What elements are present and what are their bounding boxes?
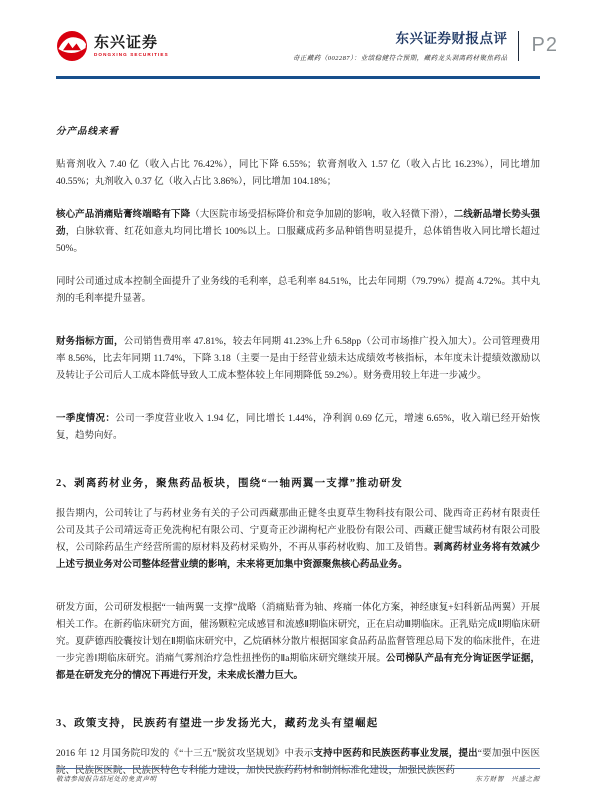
page-number: P2 — [519, 34, 558, 57]
section-heading: 3、政策支持，民族药有望进一步发扬光大，藏药龙头有望崛起 — [56, 715, 540, 732]
header-right: 东兴证券财报点评 奇正藏药（002287）：业绩稳健符合预期，藏药龙头剥离药材聚… — [293, 30, 558, 62]
page-footer: 敬请参阅报告结尾处的免责声明 东方财智 兴盛之源 — [56, 768, 540, 783]
logo-text-en: DONGXING SECURITIES — [94, 53, 169, 58]
paragraph: 报告期内，公司转让了与药材业务有关的子公司西藏那曲正健冬虫夏草生物科技有限公司、… — [56, 506, 540, 574]
logo-text: 东兴证券 DONGXING SECURITIES — [94, 35, 169, 58]
report-page: 东兴证券 DONGXING SECURITIES 东兴证券财报点评 奇正藏药（0… — [0, 0, 596, 808]
paragraph: 研发方面，公司研发根据“一轴两翼一支撑”战略（消痛贴膏为轴、疼痛一体化方案，神经… — [56, 600, 540, 685]
footer-rule — [56, 768, 540, 769]
page-header: 东兴证券 DONGXING SECURITIES 东兴证券财报点评 奇正藏药（0… — [56, 30, 558, 62]
paragraph: 核心产品消痛贴膏终端略有下降（大医院市场受招标降价和竞争加剧的影响，收入轻微下滑… — [56, 207, 540, 258]
paragraph: 财务指标方面，公司销售费用率 47.81%，较去年同期 41.23%上升 6.5… — [56, 334, 540, 385]
footer-slogan: 东方财智 兴盛之源 — [475, 773, 540, 783]
section-heading: 分产品线来看 — [56, 124, 540, 141]
paragraph: 同时公司通过成本控制全面提升了业务线的毛利率，总毛利率 84.51%，比去年同期… — [56, 274, 540, 308]
title-block: 东兴证券财报点评 奇正藏药（002287）：业绩稳健符合预期，藏药龙头剥离药材聚… — [293, 30, 518, 62]
report-subtitle: 奇正藏药（002287）：业绩稳健符合预期，藏药龙头剥离药材聚焦药品 — [293, 52, 508, 62]
dongxing-logo: 东兴证券 DONGXING SECURITIES — [56, 30, 169, 62]
section-heading: 2、剥离药材业务，聚焦药品板块，围绕“一轴两翼一支撑”推动研发 — [56, 475, 540, 492]
paragraph: 一季度情况：公司一季度营业收入 1.94 亿，同比增长 1.44%，净利润 0.… — [56, 411, 540, 445]
logo-text-cn: 东兴证券 — [94, 35, 169, 50]
paragraph: 贴膏剂收入 7.40 亿（收入占比 76.42%），同比下降 6.55%；软膏剂… — [56, 157, 540, 191]
report-type-title: 东兴证券财报点评 — [293, 30, 508, 48]
header-rule — [56, 76, 540, 79]
footer-disclaimer: 敬请参阅报告结尾处的免责声明 — [56, 773, 157, 783]
report-body: 分产品线来看贴膏剂收入 7.40 亿（收入占比 76.42%），同比下降 6.5… — [56, 112, 540, 796]
dongxing-logo-icon — [56, 30, 88, 62]
